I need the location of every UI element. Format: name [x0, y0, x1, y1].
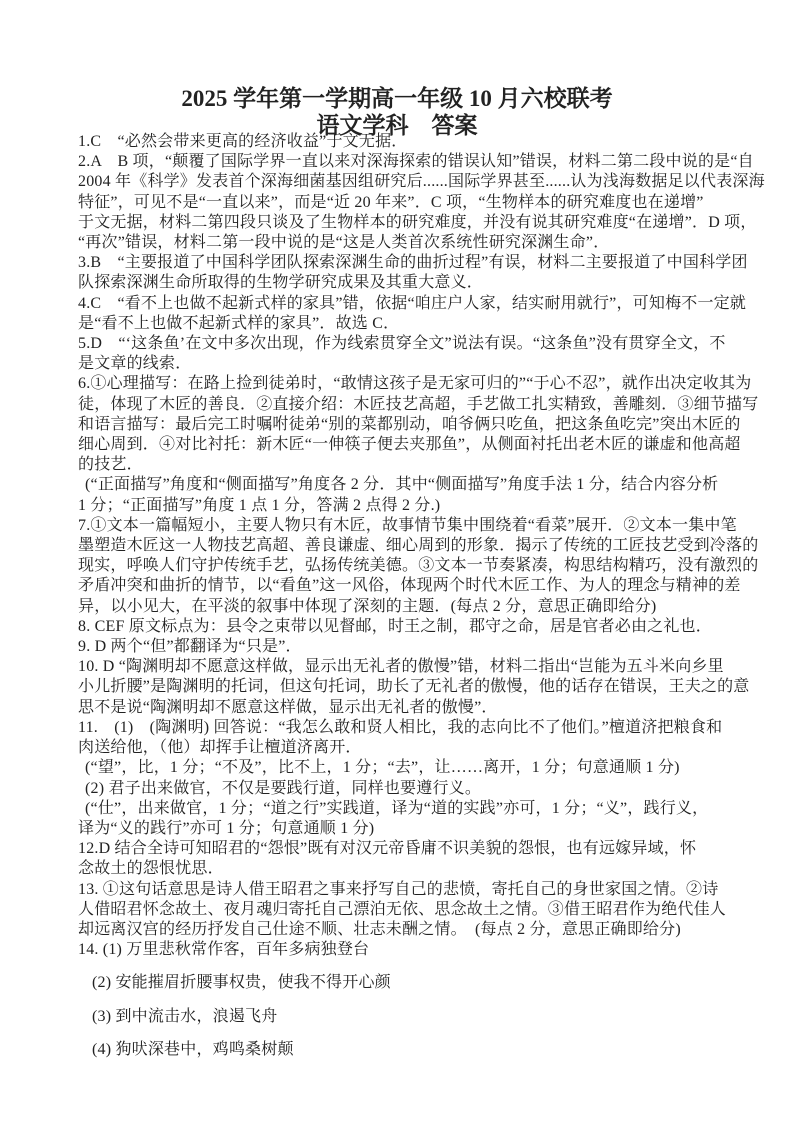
- answer-line: 思不是说“陶渊明却不愿意这样做，显示出无礼者的傲慢”．: [78, 698, 726, 718]
- answer-line: 6.①心理描写：在路上捡到徒弟时，“敢情这孩子是无家可归的”“于心不忍”，就作出…: [78, 374, 726, 394]
- answer-line: 现实，呼唤人们守护传统手艺，弘扬传统美德。③文本一节奏紧凑，构思结构精巧，没有激…: [78, 556, 726, 576]
- answer-line: 3.B “主要报道了中国科学团队探索深渊生命的曲折过程”有误，材料二主要报道了中…: [78, 253, 726, 273]
- answer-line: 小儿折腰”是陶渊明的托词，但这句托词，助长了无礼者的傲慢，他的话存在错误，王夫之…: [78, 677, 726, 697]
- document-page: 2025 学年第一学期高一年级 10 月六校联考 语文学科 答案 1.C “必然…: [0, 0, 794, 1123]
- answer-content: 1.C “必然会带来更高的经济收益”于文无据．2.A B 项，“颠覆了国际学界一…: [78, 132, 726, 1060]
- answer-line: (“仕”，出来做官，1 分；“道之行”实践道，译为“道的实践”亦可，1 分；“义…: [78, 799, 726, 819]
- answer-line: 肉送给他，（他）却挥手让檀道济离开．: [78, 738, 726, 758]
- answer-line: “再次”错误，材料二第一段中说的是“这是人类首次系统性研究深渊生命”．: [78, 233, 726, 253]
- answer-line: 14. (1) 万里悲秋常作客，百年多病独登台: [78, 940, 726, 960]
- answer-line: 9. D 两个“但”都翻译为“只是”．: [78, 637, 726, 657]
- answer-line: 队探索深渊生命所取得的生物学研究成果及其重大意义．: [78, 273, 726, 293]
- answer-line: 10. D “陶渊明却不愿意这样做，显示出无礼者的傲慢”错，材料二指出“岂能为五…: [78, 657, 726, 677]
- answer-line: 2004 年《科学》发表首个深海细菌基因组研究后......国际学界甚至....…: [78, 172, 726, 192]
- answer-line: 徒，体现了木匠的善良．②直接介绍：木匠技艺高超，手艺做工扎实精致，善雕刻．③细节…: [78, 395, 726, 415]
- answer-line: (“望”，比，1 分；“不及”，比不上，1 分；“去”，让……离开，1 分；句意…: [78, 758, 726, 778]
- answer-line: 8. CEF 原文标点为：县令之束带以见督邮，时王之制，郡守之命，居是官者必由之…: [78, 617, 726, 637]
- answer-line: 是文章的线索．: [78, 354, 726, 374]
- answer-line: 念故土的怨恨忧思．: [78, 859, 726, 879]
- answer-line: (3) 到中流击水，浪遏飞舟: [78, 1007, 726, 1027]
- answer-line: (2) 安能摧眉折腰事权贵，使我不得开心颜: [78, 973, 726, 993]
- answer-line: 5.D “‘这条鱼’在文中多次出现，作为线索贯穿全文”说法有误。“这条鱼”没有贯…: [78, 334, 726, 354]
- answer-line: 异，以小见大，在平淡的叙事中体现了深刻的主题．(每点 2 分，意思正确即给分): [78, 597, 726, 617]
- answer-line: (“正面描写”角度和“侧面描写”角度各 2 分．其中“侧面描写”角度手法 1 分…: [78, 475, 726, 495]
- answer-line: 矛盾冲突和曲折的情节，以“看鱼”这一风俗，体现两个时代木匠工作、为人的理念与精神…: [78, 576, 726, 596]
- answer-line: 2.A B 项，“颠覆了国际学界一直以来对深海探索的错误认知”错误，材料二第二段…: [78, 152, 726, 172]
- answer-line: 特征”，可见不是“一直以来”，而是“近 20 年来”．C 项，“生物样本的研究难…: [78, 193, 726, 213]
- answer-line: 人借昭君怀念故土、夜月魂归寄托自己漂泊无依、思念故土之情。③借王昭君作为绝代佳人: [78, 900, 726, 920]
- answer-line: 是“看不上也做不起新式样的家具”．故选 C．: [78, 314, 726, 334]
- answer-line: 译为“义的践行”亦可 1 分；句意通顺 1 分): [78, 819, 726, 839]
- answer-line: 12.D 结合全诗可知昭君的“怨恨”既有对汉元帝昏庸不识美貌的怨恨，也有远嫁异域…: [78, 839, 726, 859]
- answer-line: 13. ①这句话意思是诗人借王昭君之事来抒写自己的悲愤，寄托自己的身世家国之情。…: [78, 880, 726, 900]
- answer-line: 于文无据，材料二第四段只谈及了生物样本的研究难度，并没有说其研究难度“在递增”．…: [78, 213, 726, 233]
- answer-line: 细心周到．④对比衬托：新木匠“一伸筷子便去夹那鱼”，从侧面衬托出老木匠的谦虚和他…: [78, 435, 726, 455]
- answer-line: 1.C “必然会带来更高的经济收益”于文无据．: [78, 132, 726, 152]
- answer-line: (2) 君子出来做官，不仅是要践行道，同样也要遵行义。: [78, 779, 726, 799]
- answer-line: 1 分；“正面描写”角度 1 点 1 分，答满 2 点得 2 分.): [78, 496, 726, 516]
- answer-line: 4.C “看不上也做不起新式样的家具”错，依据“咱庄户人家，结实耐用就行”，可知…: [78, 294, 726, 314]
- answer-line: 和语言描写：最后完工时嘱咐徒弟“别的菜都别动，咱爷俩只吃鱼，把这条鱼吃完”突出木…: [78, 415, 726, 435]
- answer-line: 11. (1) (陶渊明) 回答说：“我怎么敢和贤人相比，我的志向比不了他们。”…: [78, 718, 726, 738]
- answer-line: 7.①文本一篇幅短小，主要人物只有木匠，故事情节集中围绕着“看菜”展开．②文本一…: [78, 516, 726, 536]
- answer-line: 却远离汉宫的经历抒发自己仕途不顺、壮志未酬之情。 (每点 2 分，意思正确即给分…: [78, 920, 726, 940]
- answer-line: 墨塑造木匠这一人物技艺高超、善良谦虚、细心周到的形象．揭示了传统的工匠技艺受到冷…: [78, 536, 726, 556]
- answer-line: 的技艺．: [78, 455, 726, 475]
- answer-line: (4) 狗吠深巷中，鸡鸣桑树颠: [78, 1040, 726, 1060]
